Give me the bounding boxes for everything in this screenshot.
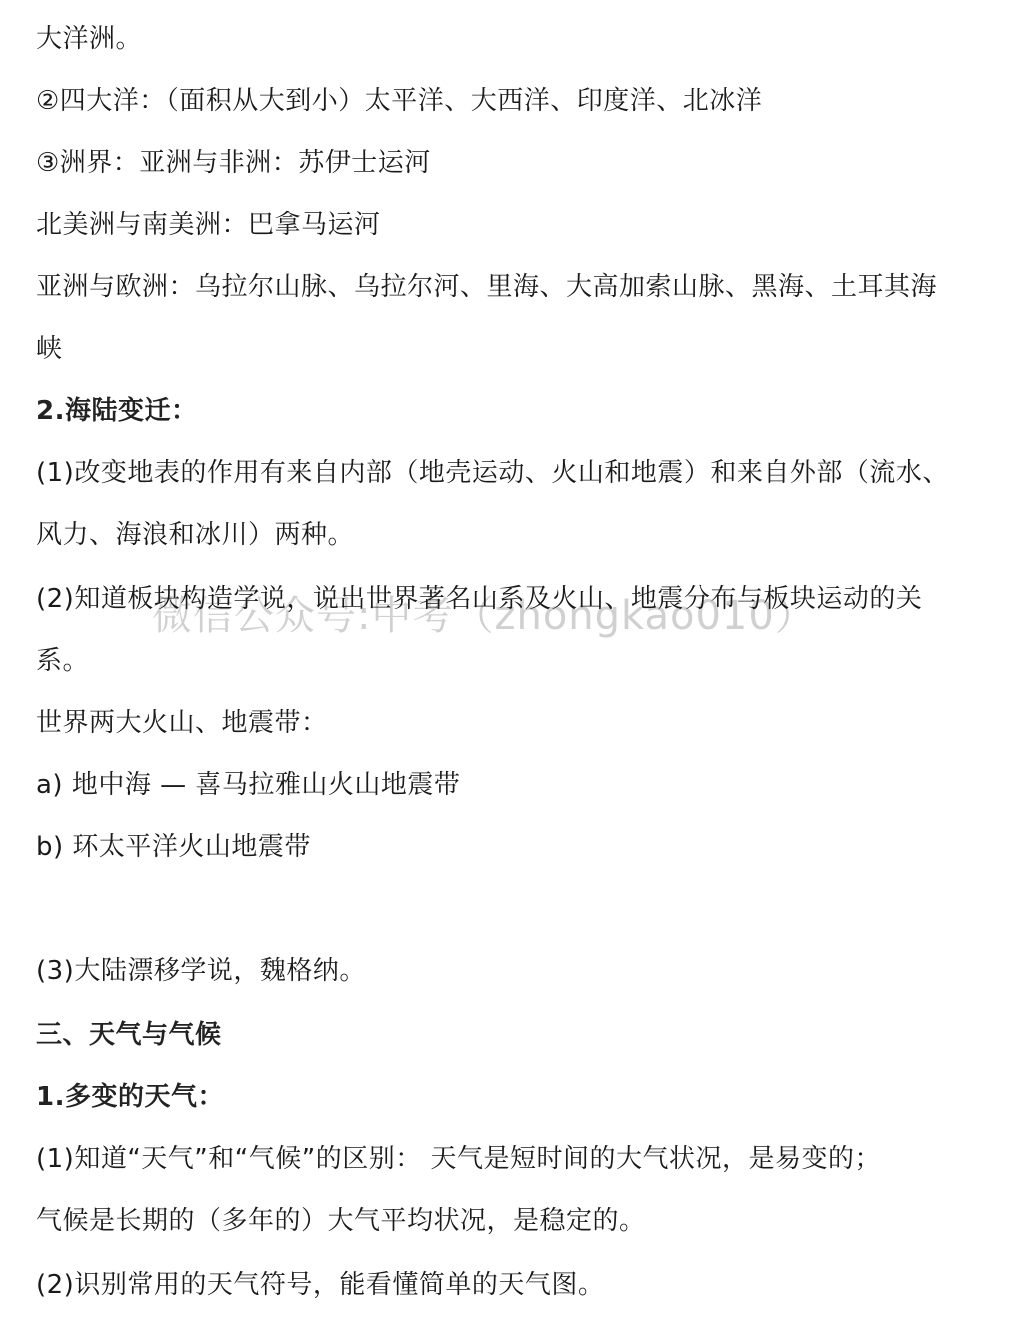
text-line-continent-boundary-asia-africa: ③洲界：亚洲与非洲：苏伊士运河 — [36, 146, 431, 180]
section-heading-sea-land-change: 2.海陆变迁： — [36, 394, 197, 428]
list-item-belt-b: b) 环太平洋火山地震带 — [36, 830, 311, 864]
list-item-belt-a: a) 地中海 — 喜马拉雅山火山地震带 — [36, 768, 460, 802]
text-line-plate-tectonics: (2)知道板块构造学说，说出世界著名山系及火山、地震分布与板块运动的关 — [36, 582, 922, 616]
text-line-plate-tectonics-cont: 系。 — [36, 644, 89, 678]
text-line-boundary-americas: 北美洲与南美洲：巴拿马运河 — [36, 208, 381, 242]
text-line-boundary-asia-europe: 亚洲与欧洲：乌拉尔山脉、乌拉尔河、里海、大高加索山脉、黑海、土耳其海 — [36, 270, 937, 304]
document-page: 微信公众号:中考（zhongkao010） 大洋洲。 ②四大洋：（面积从大到小）… — [0, 0, 1021, 1337]
text-line-surface-forces-cont: 风力、海浪和冰川）两种。 — [36, 518, 354, 552]
text-line-oceania: 大洋洲。 — [36, 22, 142, 56]
text-line-weather-symbols: (2)识别常用的天气符号，能看懂简单的天气图。 — [36, 1268, 604, 1302]
text-line-volcano-belts-title: 世界两大火山、地震带： — [36, 706, 328, 740]
text-line-boundary-asia-europe-cont: 峡 — [36, 332, 63, 366]
chapter-heading-weather-climate: 三、天气与气候 — [36, 1018, 222, 1052]
text-line-surface-forces: (1)改变地表的作用有来自内部（地壳运动、火山和地震）和来自外部（流水、 — [36, 456, 949, 490]
text-line-continental-drift: (3)大陆漂移学说，魏格纳。 — [36, 954, 366, 988]
text-line-four-oceans: ②四大洋：（面积从大到小）太平洋、大西洋、印度洋、北冰洋 — [36, 84, 762, 118]
text-line-weather-vs-climate: (1)知道“天气”和“气候”的区别： 天气是短时间的大气状况，是易变的； — [36, 1142, 881, 1176]
text-line-climate-definition: 气候是长期的（多年的）大气平均状况，是稳定的。 — [36, 1204, 646, 1238]
section-heading-changeable-weather: 1.多变的天气： — [36, 1080, 224, 1114]
